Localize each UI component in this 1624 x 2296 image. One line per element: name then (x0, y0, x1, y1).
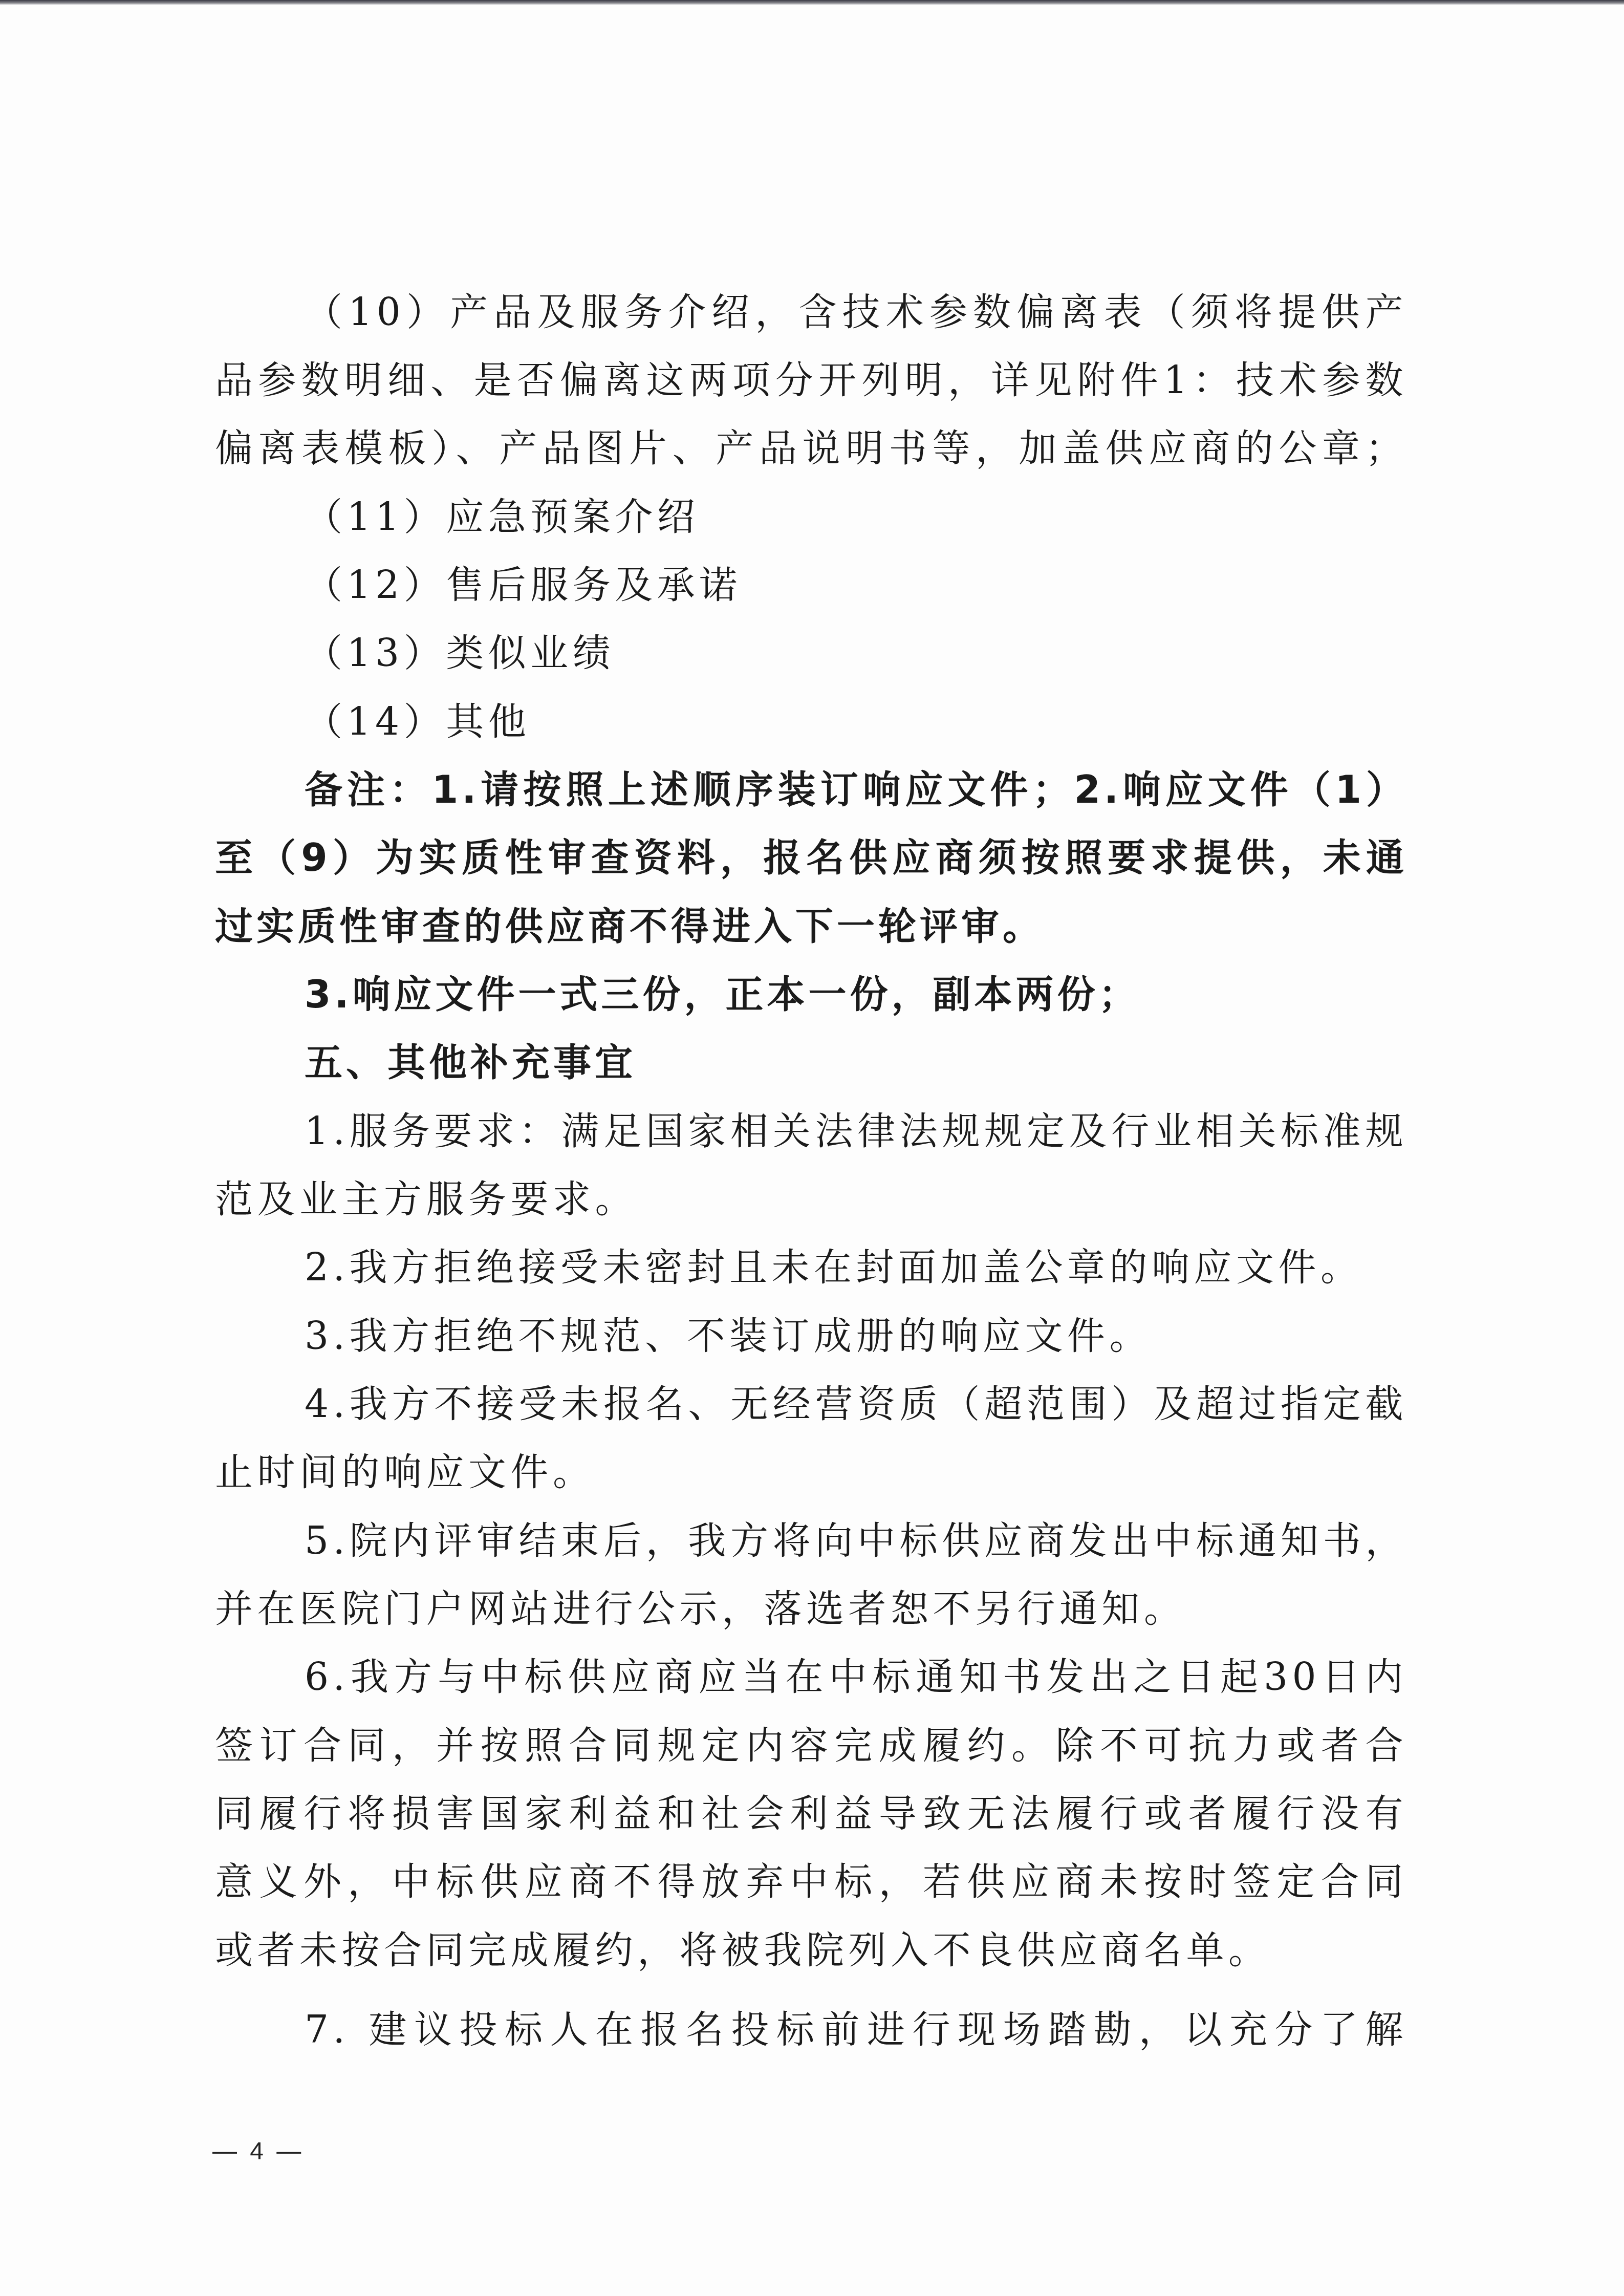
item-10-line-1: （10）产品及服务介绍，含技术参数偏离表（须将提供产 (305, 287, 1408, 338)
remark-line-1: 备注：1.请按照上述顺序装订响应文件；2.响应文件（1） (305, 764, 1408, 816)
supplement-1-line-1: 1.服务要求：满足国家相关法律法规规定及行业相关标准规 (305, 1106, 1408, 1157)
section-heading-5: 五、其他补充事宜 (305, 1037, 1408, 1088)
supplement-4-line-2: 止时间的响应文件。 (215, 1447, 1408, 1498)
item-14: （14）其他 (305, 696, 1408, 747)
item-11: （11）应急预案介绍 (305, 491, 1408, 543)
supplement-5-line-1: 5.院内评审结束后，我方将向中标供应商发出中标通知书， (305, 1515, 1408, 1567)
supplement-6-line-4: 意义外，中标供应商不得放弃中标，若供应商未按时签定合同 (215, 1856, 1408, 1907)
scan-top-edge (0, 0, 1624, 5)
item-10-line-3: 偏离表模板）、产品图片、产品说明书等，加盖供应商的公章； (215, 423, 1408, 474)
supplement-6-line-5: 或者未按合同完成履约，将被我院列入不良供应商名单。 (215, 1925, 1408, 1976)
supplement-3: 3.我方拒绝不规范、不装订成册的响应文件。 (305, 1311, 1408, 1362)
page-number: — 4 — (212, 2137, 304, 2165)
supplement-5-line-2: 并在医院门户网站进行公示，落选者恕不另行通知。 (215, 1583, 1408, 1635)
item-12: （12）售后服务及承诺 (305, 560, 1408, 611)
supplement-2: 2.我方拒绝接受未密封且未在封面加盖公章的响应文件。 (305, 1242, 1408, 1293)
item-13: （13）类似业绩 (305, 628, 1408, 679)
item-10-line-2: 品参数明细、是否偏离这两项分开列明，详见附件1：技术参数 (215, 355, 1408, 406)
remark-copies: 3.响应文件一式三份，正本一份，副本两份； (305, 969, 1408, 1020)
remark-line-3: 过实质性审查的供应商不得进入下一轮评审。 (215, 901, 1408, 952)
supplement-6-line-2: 签订合同，并按照合同规定内容完成履约。除不可抗力或者合 (215, 1720, 1408, 1771)
supplement-6-line-3: 同履行将损害国家利益和社会利益导致无法履行或者履行没有 (215, 1788, 1408, 1839)
supplement-1-line-2: 范及业主方服务要求。 (215, 1174, 1408, 1225)
supplement-7-line-1: 7. 建议投标人在报名投标前进行现场踏勘，以充分了解 (305, 2004, 1408, 2055)
supplement-4-line-1: 4.我方不接受未报名、无经营资质（超范围）及超过指定截 (305, 1379, 1408, 1430)
remark-line-2: 至（9）为实质性审查资料，报名供应商须按照要求提供，未通 (215, 832, 1408, 884)
supplement-6-line-1: 6.我方与中标供应商应当在中标通知书发出之日起30日内 (305, 1651, 1408, 1703)
